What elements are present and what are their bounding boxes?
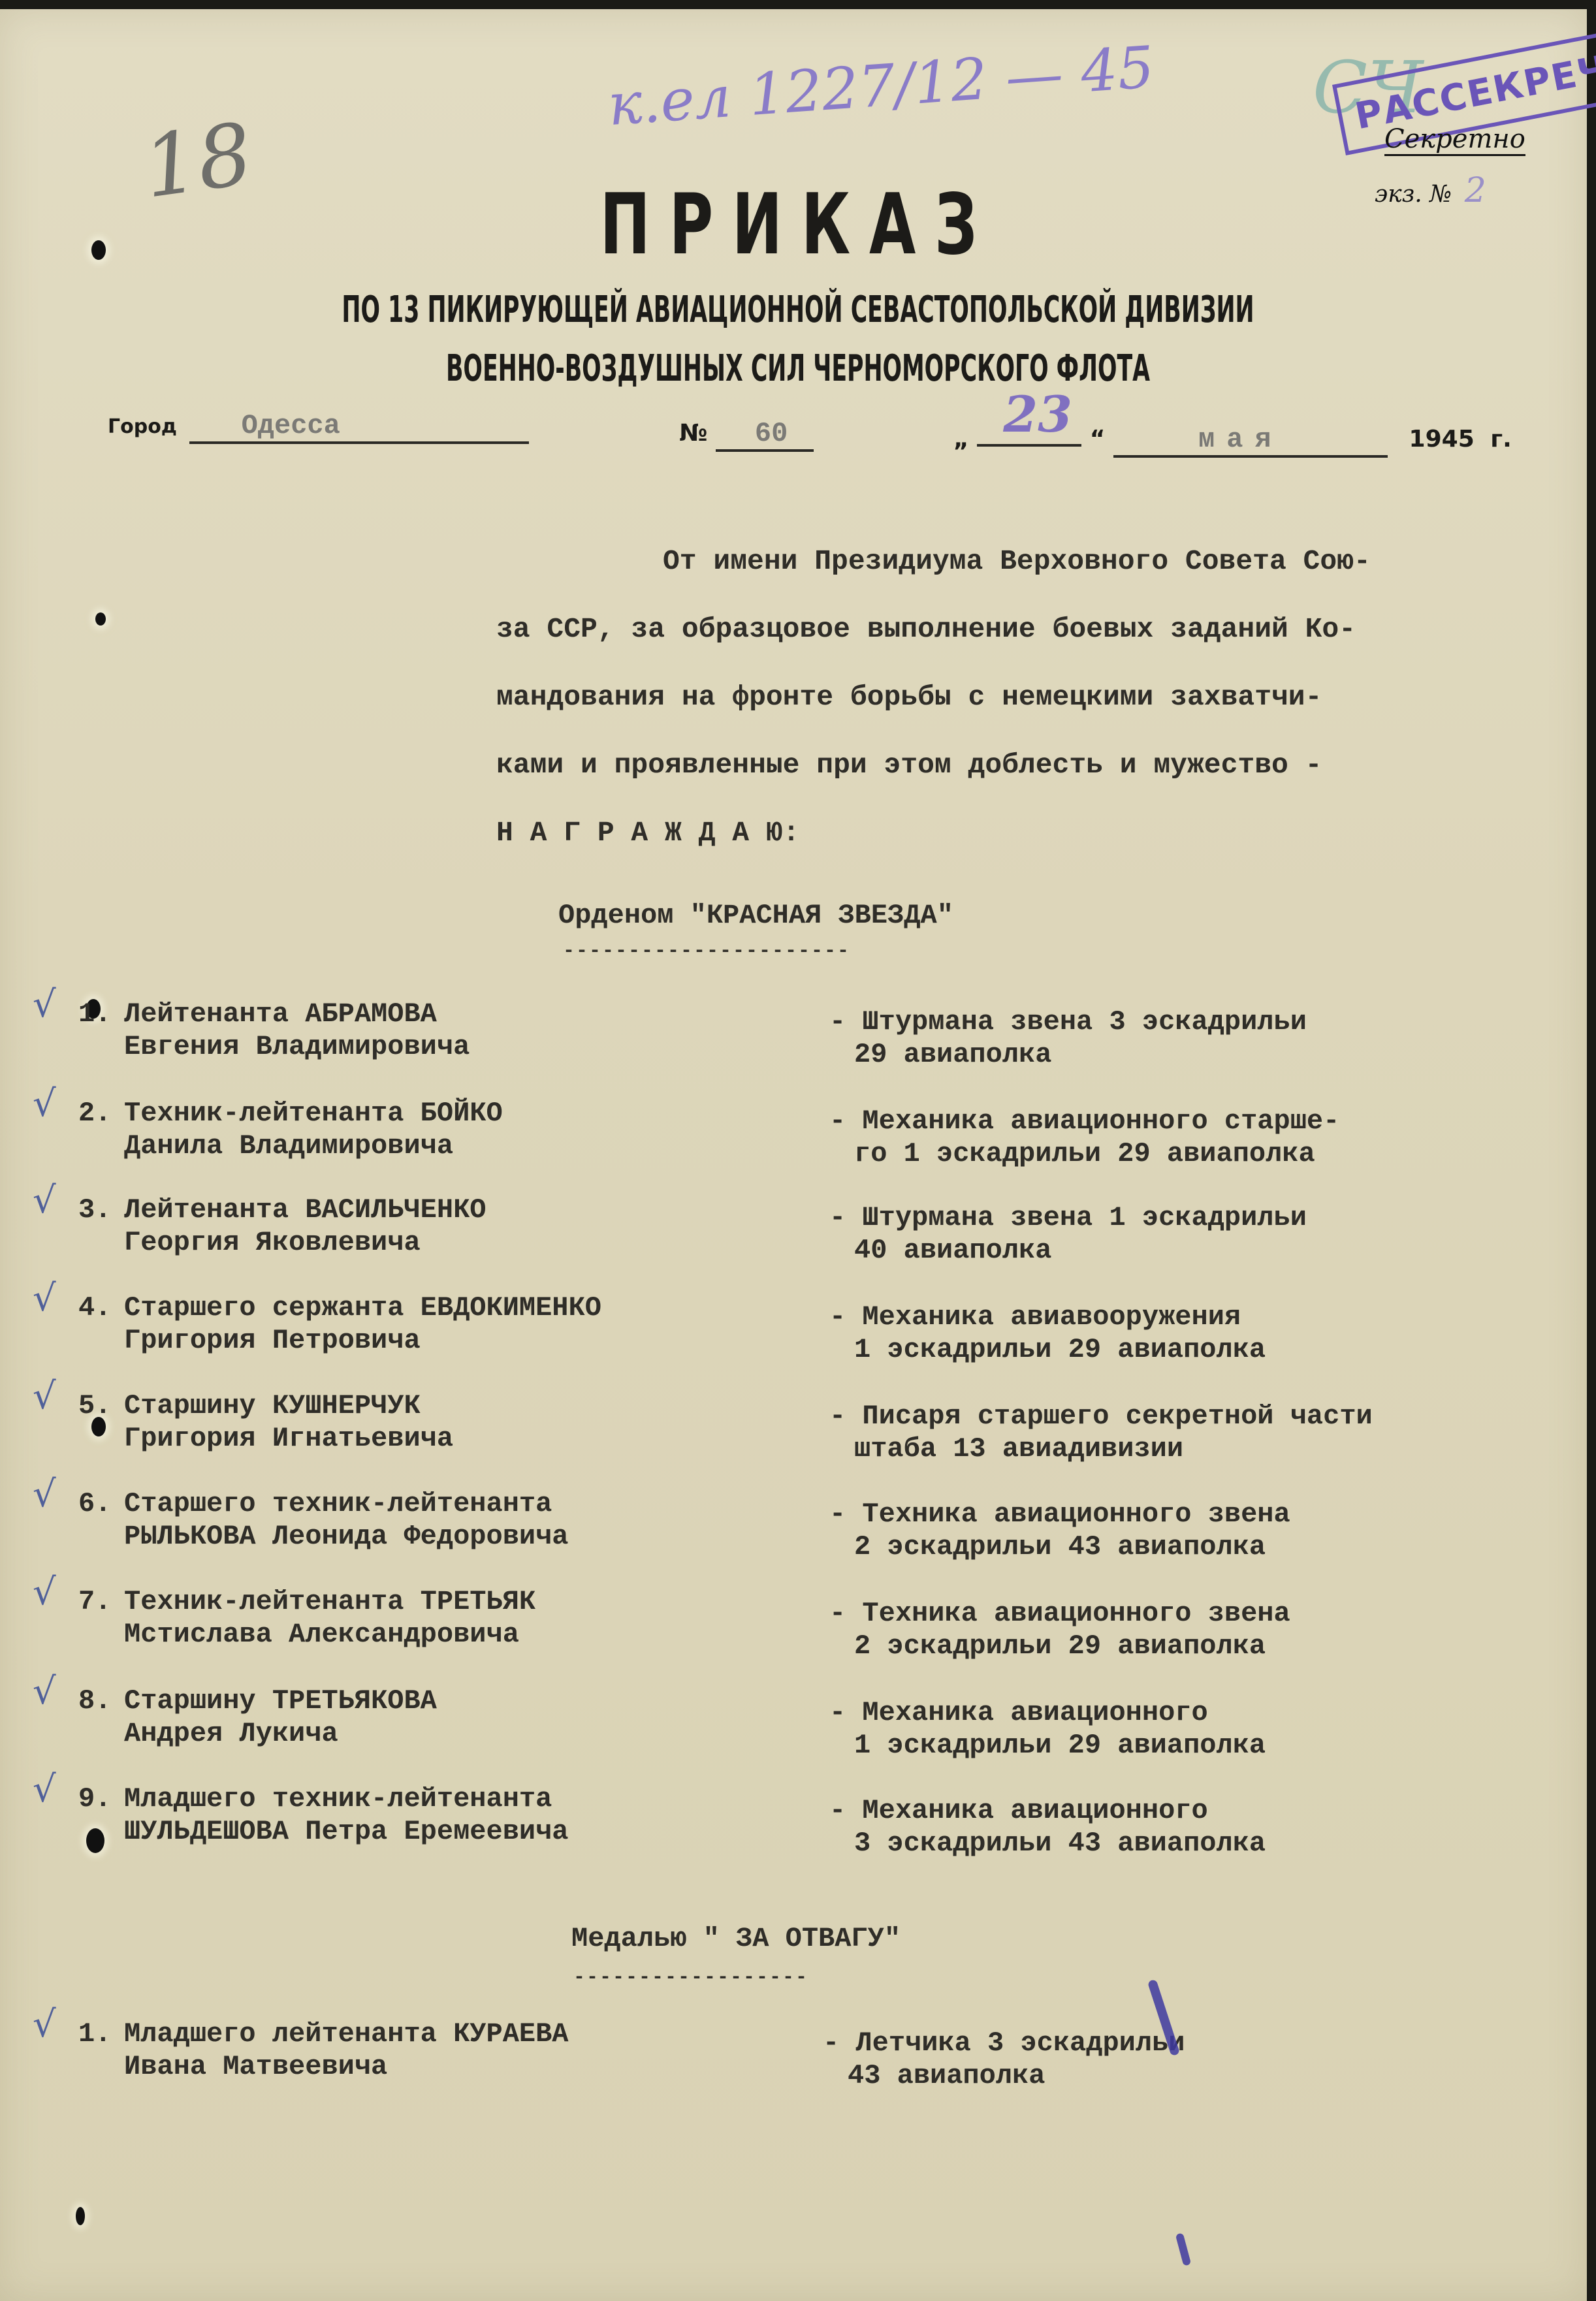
award-entry-name: √2.Техник-лейтенанта БОЙКОДанила Владими… — [78, 1097, 797, 1162]
preamble: От имени Президиума Верховного Совета Со… — [496, 528, 1541, 867]
city-label: Город — [108, 415, 177, 438]
punch-hole — [76, 2207, 85, 2225]
copy-number-value: 2 — [1465, 171, 1486, 210]
number-value: 60 — [716, 418, 814, 452]
check-mark-icon: √ — [33, 1675, 56, 1708]
check-mark-icon: √ — [33, 1282, 56, 1315]
document-title: ПРИКАЗ — [223, 176, 1373, 274]
punch-hole — [95, 612, 106, 626]
check-mark-icon: √ — [33, 1088, 56, 1120]
award-entry-name: √1.Младшего лейтенанта КУРАЕВАИвана Матв… — [78, 2018, 797, 2083]
preamble-line: мандования на фронте борьбы с немецкими … — [496, 663, 1541, 731]
award-entry-name: √7.Техник-лейтенанта ТРЕТЬЯКМстислава Ал… — [78, 1585, 797, 1651]
copy-label-text: экз. № — [1375, 181, 1452, 208]
award-entry-role: - Механика авиавооружения1 эскадрильи 29… — [829, 1301, 1548, 1366]
award-entry-role: - Механика авиационного1 эскадрильи 29 а… — [829, 1696, 1548, 1762]
preamble-line: От имени Президиума Верховного Совета Со… — [496, 528, 1541, 595]
check-mark-icon: √ — [33, 2008, 56, 2041]
award-entry-name: √6.Старшего техник-лейтенантаРЫЛЬКОВА Ле… — [78, 1487, 797, 1553]
month-value: мая — [1113, 424, 1388, 458]
award-entry-role: - Механика авиационного3 эскадрильи 43 а… — [829, 1794, 1548, 1860]
preamble-line: ками и проявленные при этом доблесть и м… — [496, 731, 1541, 799]
check-mark-icon: √ — [33, 1380, 56, 1413]
secret-label: Секретно — [1384, 124, 1525, 156]
date-field: „ 23 “ мая 1945 г. — [953, 418, 1512, 458]
division-line-1: ПО 13 ПИКИРУЮЩЕЙ АВИАЦИОННОЙ СЕВАСТОПОЛЬ… — [303, 289, 1292, 331]
award-entry-role: - Штурмана звена 3 эскадрильи29 авиаполк… — [829, 1006, 1548, 1071]
check-mark-icon: √ — [33, 1184, 56, 1217]
section-heading-bravery-medal: Медалью " ЗА ОТВАГУ" — [571, 1923, 901, 1954]
number-label: № — [679, 420, 707, 447]
division-line-2: ВОЕННО-ВОЗДУШНЫХ СИЛ ЧЕРНОМОРСКОГО ФЛОТА — [303, 347, 1292, 390]
check-mark-icon: √ — [33, 989, 56, 1021]
award-entry-name: √3.Лейтенанта ВАСИЛЬЧЕНКОГеоргия Яковлев… — [78, 1194, 797, 1259]
award-entry-role: - Штурмана звена 1 эскадрильи40 авиаполк… — [829, 1201, 1548, 1267]
award-entry-role: - Техника авиационного звена2 эскадрильи… — [829, 1597, 1548, 1662]
award-entry-name: √9.Младшего техник-лейтенантаШУЛЬДЕШОВА … — [78, 1783, 797, 1848]
award-entry-role: - Механика авиационного старше-го 1 эска… — [829, 1105, 1548, 1170]
award-entry-role: - Летчика 3 эскадрильи43 авиаполка — [823, 2027, 1541, 2092]
award-entry-role: - Писаря старшего секретной частиштаба 1… — [829, 1400, 1548, 1465]
award-verb: Н А Г Р А Ж Д А Ю: — [496, 799, 1541, 867]
city-field: Город Одесса — [108, 410, 529, 444]
section-underline: ------------------ — [573, 1967, 808, 1989]
punch-hole — [91, 240, 106, 260]
check-mark-icon: √ — [33, 1576, 56, 1609]
award-entry-name: √4.Старшего сержанта ЕВДОКИМЕНКОГригория… — [78, 1292, 797, 1357]
check-mark-icon: √ — [33, 1478, 56, 1511]
copy-number-label: экз. № 2 — [1375, 171, 1486, 210]
award-entry-name: √8.Старшину ТРЕТЬЯКОВААндрея Лукича — [78, 1685, 797, 1750]
award-entry-name: √5.Старшину КУШНЕРЧУКГригория Игнатьевич… — [78, 1389, 797, 1455]
city-value: Одесса — [189, 410, 529, 444]
day-value: 23 — [977, 418, 1081, 447]
award-entry-name: √1.Лейтенанта АБРАМОВАЕвгения Владимиров… — [78, 998, 797, 1063]
award-entry-role: - Техника авиационного звена2 эскадрильи… — [829, 1498, 1548, 1563]
year-value: 1945 г. — [1409, 426, 1512, 452]
check-mark-icon: √ — [33, 1773, 56, 1806]
preamble-line: за ССР, за образцовое выполнение боевых … — [496, 595, 1541, 663]
section-heading-red-star: Орденом "КРАСНАЯ ЗВЕЗДА" — [558, 900, 953, 931]
order-number-field: № 60 — [679, 418, 814, 452]
section-underline: ---------------------- — [563, 940, 850, 962]
